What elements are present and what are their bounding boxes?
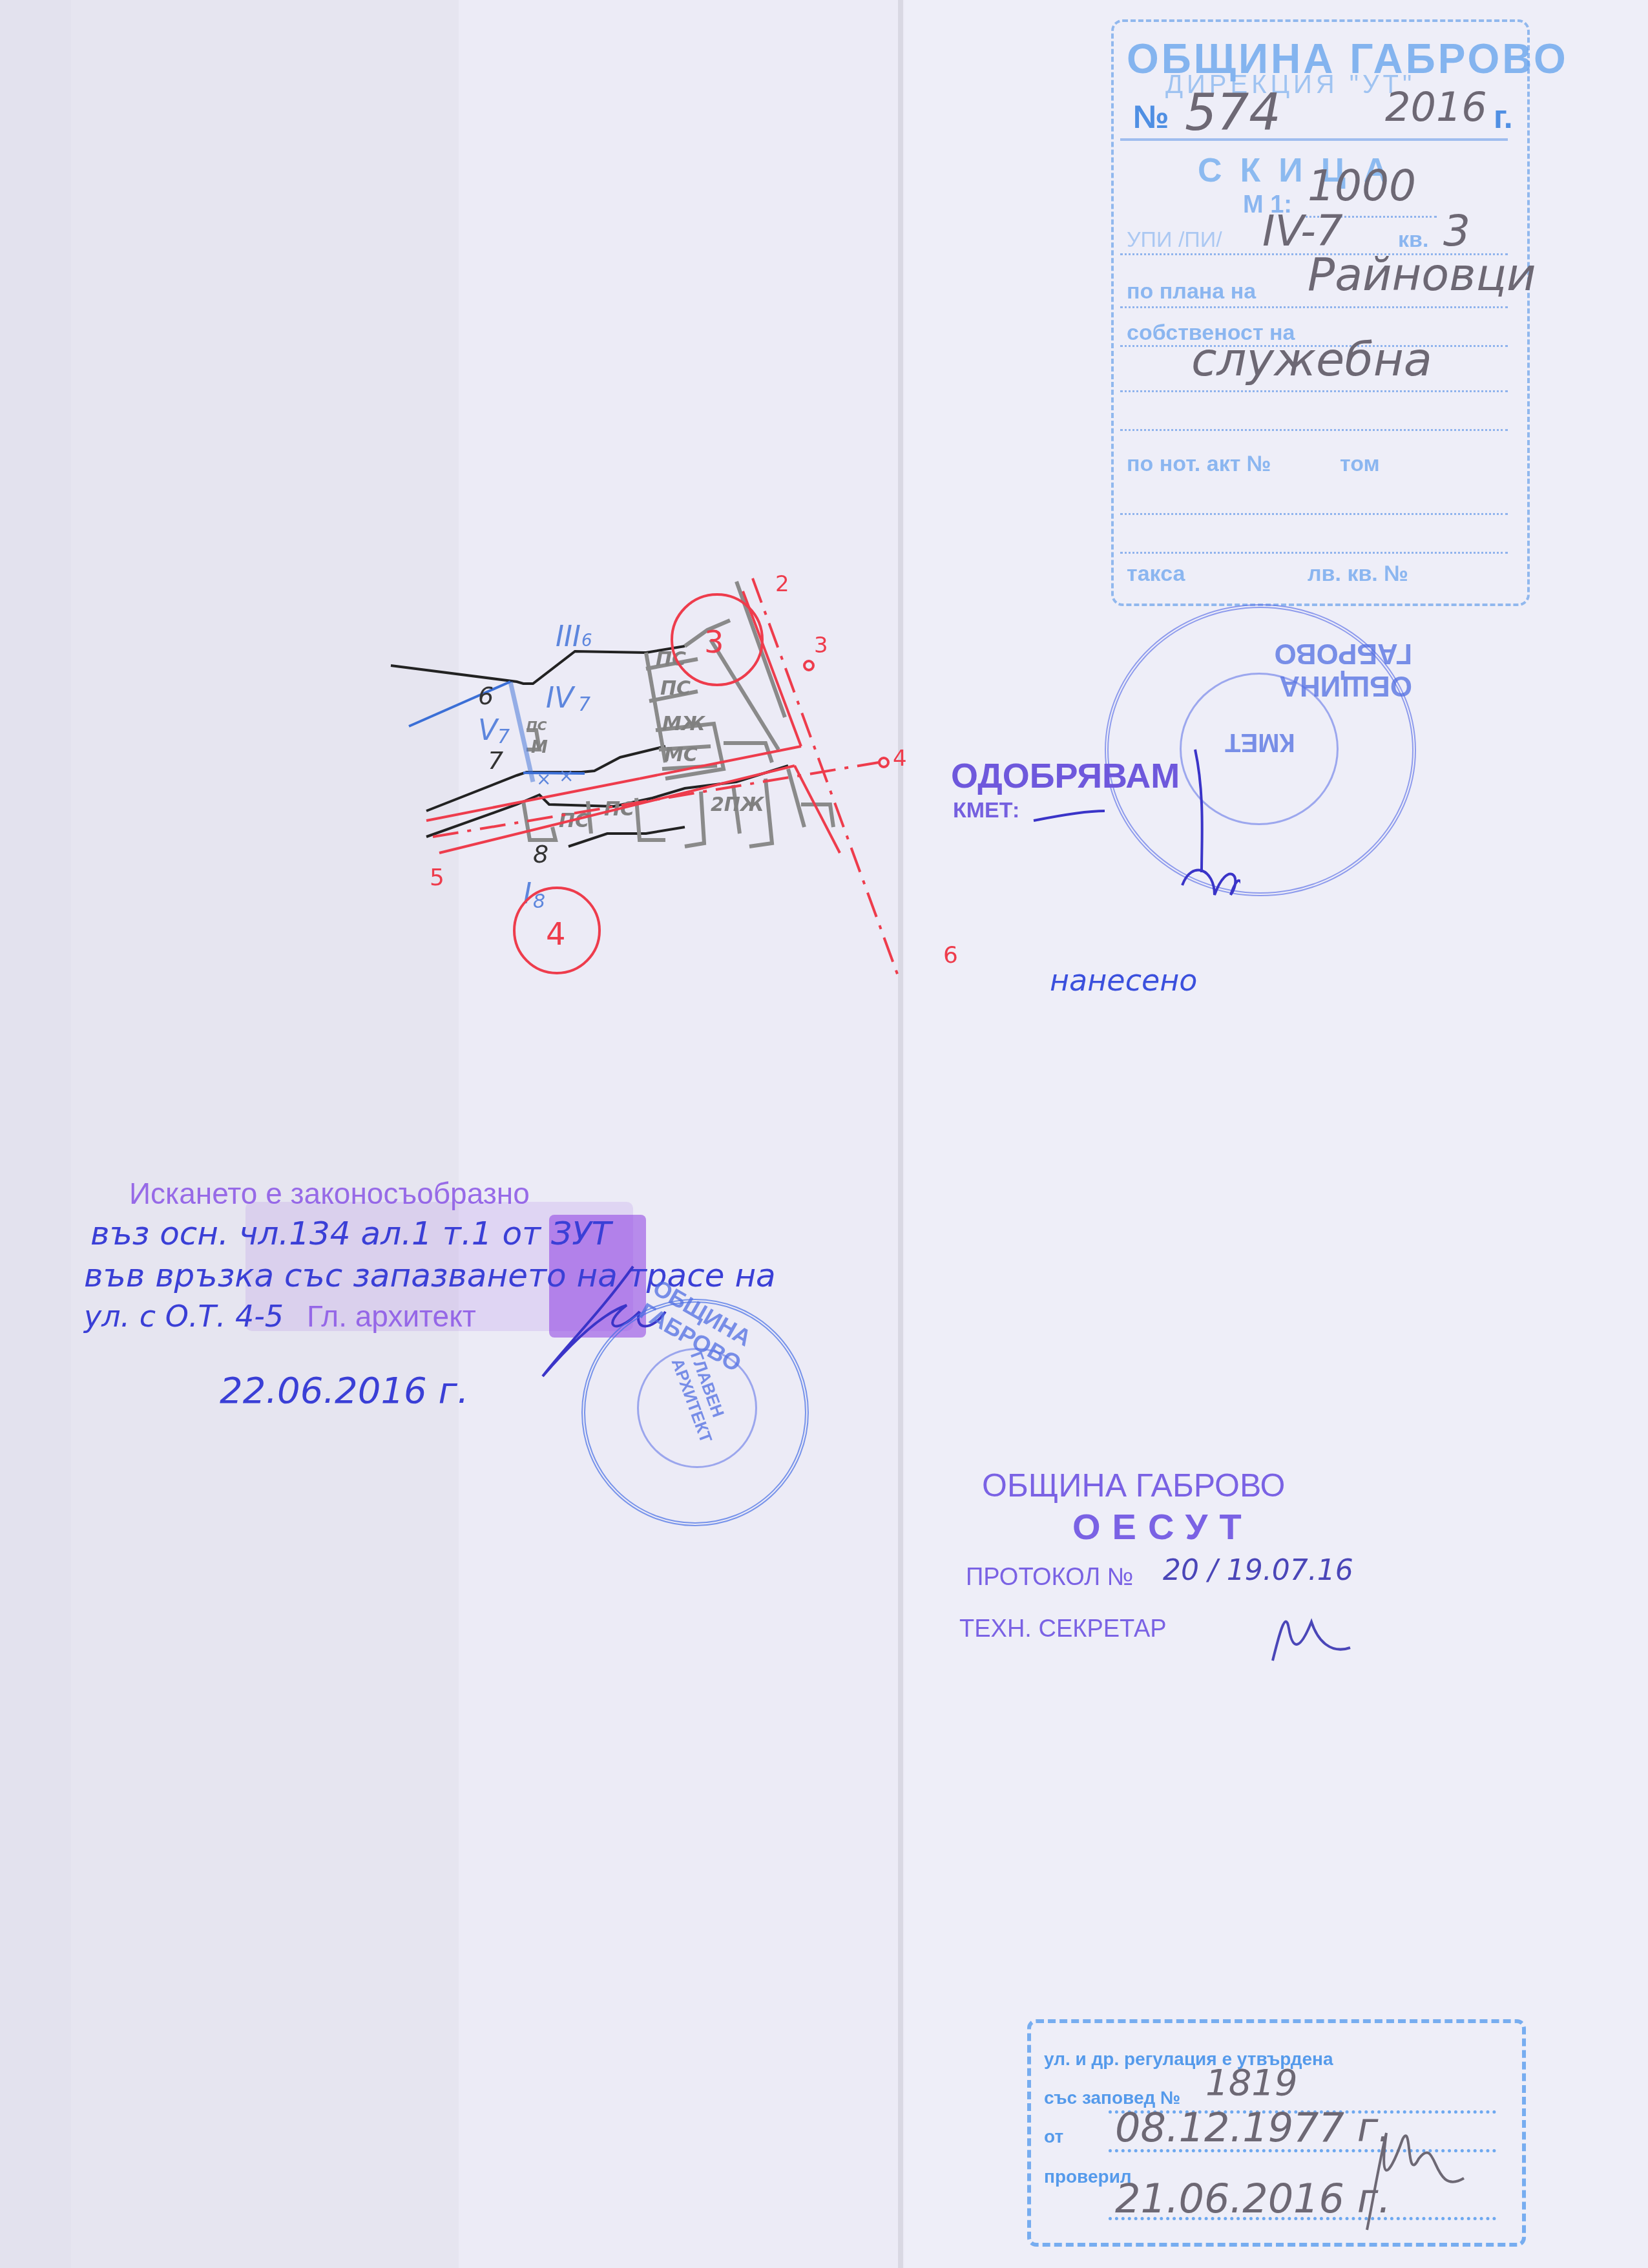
architect-line4: ул. с О.Т. 4-5	[84, 1299, 284, 1334]
from-label: от	[1044, 2126, 1063, 2147]
svg-text:8: 8	[533, 840, 548, 868]
architect-round-seal: ОБЩИНА ГАБРОВО ГЛАВЕН АРХИТЕКТ	[581, 1299, 809, 1526]
svg-text:III: III	[556, 620, 581, 653]
svg-text:6: 6	[478, 682, 494, 710]
oesut-line2: ОЕСУТ	[1072, 1506, 1253, 1548]
architect-line1: Искането е законосъобразно	[129, 1176, 530, 1211]
seal-ring-text: ОБЩИНА ГАБРОВО	[1170, 637, 1412, 702]
architect-date: 22.06.2016 г.	[220, 1370, 469, 1412]
mayor-signature	[1021, 743, 1240, 911]
svg-text:7: 7	[578, 693, 590, 716]
svg-text:I: I	[523, 877, 532, 910]
secretary-signature	[1260, 1596, 1363, 1674]
svg-text:ПС: ПС	[660, 677, 691, 700]
protocol-label: ПРОТОКОЛ №	[966, 1564, 1134, 1591]
svg-text:6: 6	[581, 631, 592, 651]
svg-text:4: 4	[893, 746, 907, 772]
plan-drawing: ПС ПС МЖ МС ПС М ПС ПС 2ПЖ III6 IV7 V7 I…	[0, 0, 1648, 2268]
svg-text:IV: IV	[546, 682, 576, 715]
svg-text:5: 5	[430, 865, 444, 891]
svg-text:7: 7	[497, 726, 510, 748]
svg-text:МЖ: МЖ	[662, 713, 706, 735]
oesut-line1: ОБЩИНА ГАБРОВО	[982, 1467, 1285, 1504]
registration-signature	[1341, 2120, 1470, 2236]
svg-text:2ПЖ: 2ПЖ	[711, 793, 765, 816]
svg-text:V: V	[478, 714, 499, 747]
mayor-label: КМЕТ:	[953, 798, 1019, 823]
applied-note: нанесено	[1050, 963, 1197, 998]
svg-text:4: 4	[546, 916, 566, 952]
svg-text:×: ×	[559, 765, 574, 786]
protocol-value: 20 / 19.07.16	[1163, 1554, 1353, 1587]
svg-text:×: ×	[536, 768, 551, 790]
svg-text:3: 3	[704, 624, 724, 660]
svg-text:М: М	[531, 738, 548, 757]
svg-text:3: 3	[814, 633, 828, 658]
secretary-label: ТЕХН. СЕКРЕТАР	[959, 1615, 1167, 1643]
decree-value: 1819	[1205, 2062, 1298, 2104]
architect-signatory-label: Гл. архитект	[307, 1299, 476, 1334]
svg-text:7: 7	[488, 746, 503, 775]
architect-line2: въз осн. чл.134 ал.1 т.1 от ЗУТ	[90, 1215, 611, 1252]
registration-stamp: ул. и др. регулация е утвърдена със запо…	[1027, 2019, 1526, 2247]
svg-text:МС: МС	[664, 744, 698, 766]
svg-text:6: 6	[943, 942, 958, 969]
svg-text:ПС: ПС	[527, 718, 547, 733]
svg-text:2: 2	[775, 571, 789, 597]
